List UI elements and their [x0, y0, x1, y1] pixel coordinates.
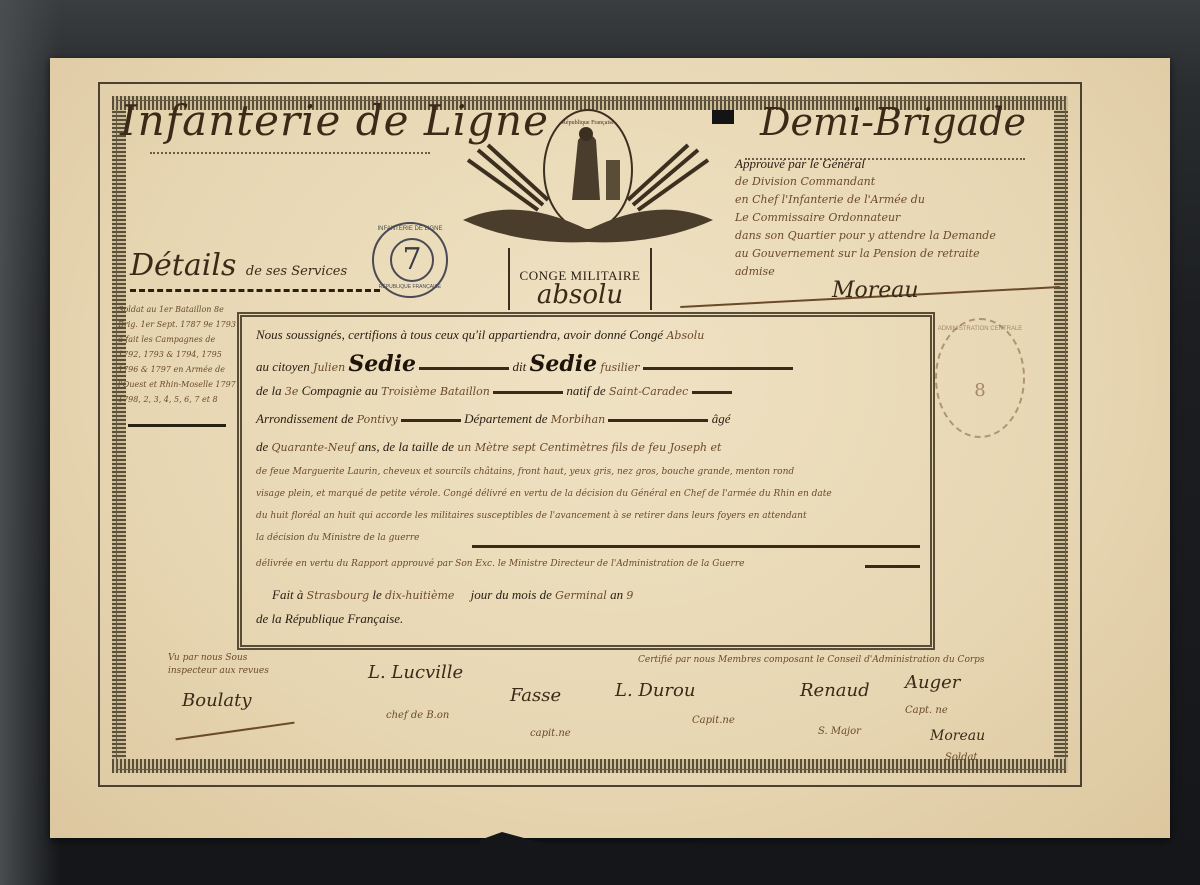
rank: fusilier: [600, 361, 639, 374]
inspector-note-line: inspecteur aux revues: [168, 665, 269, 678]
conge-box: CONGE MILITAIRE absolu: [508, 248, 652, 310]
role-capitaine: capit.ne: [530, 728, 571, 739]
cert-line-2: au citoyen Julien Sedie dit Sedie fusili…: [256, 351, 916, 377]
blank-rule: [493, 391, 563, 394]
cert-line-republic: de la République Française.: [256, 611, 916, 627]
cert-text: le: [372, 587, 381, 602]
signature-council-2: Renaud: [800, 680, 870, 701]
cert-text: an: [610, 587, 623, 602]
inspector-signature: Boulaty: [182, 690, 252, 711]
signature-chef: L. Lucville: [368, 662, 463, 683]
height: un Mètre sept Centimètres: [457, 441, 608, 454]
role-council-3: Capt. ne: [905, 705, 948, 716]
cert-line-5: de Quarante-Neuf ans, de la taille de un…: [256, 439, 916, 455]
inspector-note-line: Vu par nous Sous: [168, 652, 269, 665]
signature-capitaine: Fasse: [510, 685, 561, 706]
note-text: délivrée en vertu du Rapport approuvé pa…: [256, 559, 744, 569]
blank-rule: [401, 419, 461, 422]
signature-council-1: L. Durou: [615, 680, 695, 701]
service-notes: Soldat au 1er Bataillon 8e Brig. 1er Sep…: [118, 302, 236, 407]
approval-block: Approuvé par le Général de Division Comm…: [735, 155, 1060, 281]
signature-council-4: Moreau: [930, 728, 985, 744]
cert-text: Compagnie au: [302, 383, 378, 398]
conge-type: Absolu: [666, 329, 704, 342]
service-note-line: l'Ouest et Rhin-Moselle 1797: [118, 377, 236, 392]
cert-text: Arrondissement de: [256, 411, 353, 426]
cert-line-4: Arrondissement de Pontivy Département de…: [256, 411, 916, 427]
cert-text: de: [256, 439, 268, 454]
description-rule: [472, 545, 920, 548]
service-note-line: Soldat au 1er Bataillon 8e: [118, 302, 236, 317]
departement: Morbihan: [551, 413, 605, 426]
cert-line-date: Fait à Strasbourg le dix-huitième jour d…: [272, 587, 916, 603]
birthplace: Saint-Caradec: [609, 385, 688, 398]
description-line: du huit floréal an huit qui accorde les …: [256, 505, 916, 527]
role-council-2: S. Major: [818, 726, 861, 737]
blank-rule: [643, 367, 793, 370]
conge-value: absolu: [510, 280, 650, 310]
general-signature: Moreau: [832, 278, 919, 303]
note-rule: [865, 565, 920, 568]
details-label: Détails: [130, 248, 236, 283]
role-council-1: Capit.ne: [692, 715, 735, 726]
surname: Sedie: [348, 351, 416, 377]
note-line: délivrée en vertu du Rapport approuvé pa…: [256, 553, 916, 575]
first-name: Julien: [313, 361, 345, 374]
battalion: Troisième Bataillon: [381, 385, 490, 398]
cert-text: natif de: [566, 383, 605, 398]
approval-line: dans son Quartier pour y attendre la Dem…: [735, 227, 1060, 245]
description-line: de feue Marguerite Laurin, cheveux et so…: [256, 461, 916, 483]
cert-text: de la: [256, 383, 282, 398]
day: dix-huitième: [385, 589, 454, 602]
place: Strasbourg: [307, 589, 369, 602]
service-note-line: a fait les Campagnes de: [118, 332, 236, 347]
approval-heading: Approuvé par le Général: [735, 155, 1060, 173]
cert-text: Département de: [464, 411, 547, 426]
inspector-note: Vu par nous Sous inspecteur aux revues: [168, 652, 269, 678]
arrondissement: Pontivy: [357, 413, 398, 426]
stamp-ring-top: INFANTERIE DE LIGNE: [374, 226, 446, 232]
cert-text: Fait à: [272, 587, 303, 602]
blank-rule: [692, 391, 732, 394]
approval-line: en Chef l'Infanterie de l'Armée du: [735, 191, 1060, 209]
service-notes-rule: [128, 424, 226, 427]
role-chef: chef de B.on: [386, 710, 449, 721]
cert-text: Nous soussignés, certifions à tous ceux …: [256, 327, 663, 342]
stamp-number: 7: [390, 238, 434, 282]
approval-line: de Division Commandant: [735, 173, 1060, 191]
physical-description: de feue Marguerite Laurin, cheveux et so…: [256, 461, 916, 549]
certificate-body: Nous soussignés, certifions à tous ceux …: [237, 312, 935, 650]
approval-line: au Gouvernement sur la Pension de retrai…: [735, 245, 1060, 263]
service-note-line: 1796 & 1797 en Armée de: [118, 362, 236, 377]
cert-text: de la République Française.: [256, 611, 403, 626]
role-council-4: Soldat: [945, 752, 977, 763]
emblem-engraving-icon: République Française: [458, 100, 718, 250]
parents: fils de feu Joseph et: [611, 441, 721, 454]
cert-text: jour du mois de: [471, 587, 552, 602]
cert-text: dit: [513, 359, 527, 374]
approval-line: Le Commissaire Ordonnateur: [735, 209, 1060, 227]
details-sublabel: de ses Services: [246, 264, 347, 279]
year: 9: [626, 589, 633, 602]
service-note-line: 1798, 2, 3, 4, 5, 6, 7 et 8: [118, 392, 236, 407]
age: Quarante-Neuf: [272, 441, 356, 454]
nickname: Sedie: [530, 351, 598, 377]
details-rule: [130, 285, 380, 292]
stamp-administration: ADMINISTRATION CENTRALE 8: [935, 318, 1025, 438]
month: Germinal: [555, 589, 607, 602]
republic-emblem: République Française: [458, 100, 718, 250]
details-heading: Détails de ses Services: [130, 248, 347, 283]
service-note-line: 1792, 1793 & 1794, 1795: [118, 347, 236, 362]
council-heading: Certifié par nous Membres composant le C…: [638, 655, 985, 665]
cert-text: âgé: [712, 411, 731, 426]
stamp-number: 8: [937, 380, 1023, 401]
stamp-ring-text: ADMINISTRATION CENTRALE: [937, 326, 1023, 332]
cert-text: au citoyen: [256, 359, 310, 374]
blank-rule: [608, 419, 708, 422]
cert-line-1: Nous soussignés, certifions à tous ceux …: [256, 327, 916, 343]
svg-text:République Française: République Française: [562, 120, 614, 126]
blank-rule: [419, 367, 509, 370]
title-underline-left: [150, 152, 430, 154]
stamp-ring-bottom: RÉPUBLIQUE FRANÇAISE: [374, 284, 446, 290]
company-number: 3e: [285, 385, 299, 398]
cert-text: ans, de la taille de: [358, 439, 454, 454]
stamp-infanterie-7: INFANTERIE DE LIGNE 7 RÉPUBLIQUE FRANÇAI…: [372, 222, 448, 298]
cert-line-3: de la 3e Compagnie au Troisième Bataillo…: [256, 383, 916, 399]
description-line: visage plein, et marqué de petite vérole…: [256, 483, 916, 505]
service-note-line: Brig. 1er Sept. 1787 9e 1793: [118, 317, 236, 332]
signature-council-3: Auger: [905, 672, 960, 693]
title-demi-brigade: Demi-Brigade: [760, 100, 1026, 144]
